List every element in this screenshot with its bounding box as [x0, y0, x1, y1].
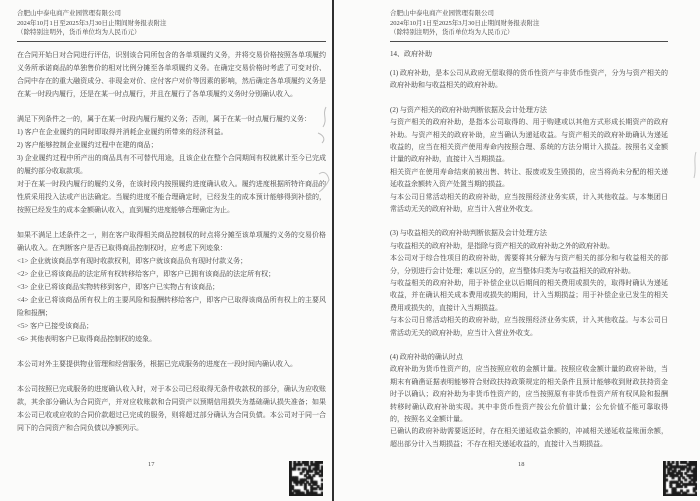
- paragraph: 1) 客户在企业履约的同时即取得并消耗企业履约所带来的经济利益。: [17, 126, 326, 139]
- paragraph: <3> 企业已将该商品实物转移到客户，即客户已实物占有该商品；: [17, 281, 326, 294]
- paragraph: (3) 与收益相关的政府补助判断依据及会计处理方法: [390, 227, 668, 239]
- paragraph: 在合同开始日对合同进行评估，识别该合同所包含的各单项履约义务，并将交易价格按照各…: [17, 49, 326, 101]
- currency-note: （除特别注明外，货币单位均为人民币元）: [17, 28, 326, 38]
- report-period: 2024年10月1日至2025年3月30日止期间财务报表附注: [17, 19, 326, 29]
- paragraph: 已确认的政府补助需要返还时，存在相关递延收益余额的，冲减相关递延收益账面余额，超…: [390, 425, 668, 450]
- paragraph: (2) 与资产相关的政府补助判断依据及会计处理方法: [390, 104, 668, 116]
- datamatrix-barcode: [663, 461, 697, 496]
- page-header: 合肥山中泰电商产业园管理有限公司 2024年10月1日至2025年3月30日止期…: [17, 9, 326, 42]
- paragraph: (1) 政府补助，是本公司从政府无偿取得的货币性资产与非货币性资产，分为与资产相…: [390, 67, 668, 92]
- paragraph: 满足下列条件之一的，属于在某一时段内履行履约义务；否则，属于在某一时点履行履约义…: [17, 113, 326, 126]
- page-number: 17: [148, 461, 155, 468]
- paragraph: 对于在某一时段内履行的履约义务，在该时段内按照履约进度确认收入。履约进度根据所特…: [17, 178, 326, 217]
- paragraph: <4> 企业已将该商品所有权上的主要风险和报酬转移给客户，即客户已取得该商品所有…: [17, 294, 326, 320]
- page-body: 在合同开始日对合同进行评估，识别该合同所包含的各单项履约义务，并将交易价格按照各…: [17, 49, 326, 435]
- paragraph: 2) 客户能够控制企业履约过程中在建的商品；: [17, 139, 326, 152]
- paragraph: <1> 企业就该商品享有现时收款权利，即客户就该商品负有现时付款义务；: [17, 255, 326, 268]
- paragraph: 本公司对于综合性项目的政府补助，需要将其分解为与资产相关的部分和与收益相关的部分…: [390, 252, 668, 277]
- paragraph: 与收益相关的政府补助，用于补偿企业以后期间的相关费用或损失的，取得时确认为递延收…: [390, 277, 668, 314]
- currency-note: （除特别注明外，货币单位均为人民币元）: [390, 28, 668, 38]
- paragraph: <2> 企业已将该商品的法定所有权转移给客户，即客户已拥有该商品的法定所有权；: [17, 268, 326, 281]
- paragraph: 政府补助为货币性资产的，应当按照应收的金额计量。按照应收金额计量的政府补助，当期…: [390, 363, 668, 425]
- document-page-right: 合肥山中泰电商产业园管理有限公司 2024年10月1日至2025年3月30日止期…: [335, 0, 700, 501]
- paragraph: 本公司对外主要提供物业管理和经营服务，根据已完成服务的进度在一段时间内确认收入。: [17, 358, 326, 371]
- page-number: 18: [518, 461, 525, 468]
- paragraph: 如果不满足上述条件之一，则在客户取得相关商品控制权的时点将分摊至该单项履约义务的…: [17, 229, 326, 255]
- company-name: 合肥山中泰电商产业园管理有限公司: [390, 9, 668, 19]
- paragraph: 本公司按照已完成服务的进度确认收入时，对于本公司已经取得无条件收款权的部分，确认…: [17, 383, 326, 435]
- paragraph: 相关资产在使用寿命结束前被出售、转让、报废或发生毁损的，应当将尚未分配的相关递延…: [390, 166, 668, 191]
- page-header: 合肥山中泰电商产业园管理有限公司 2024年10月1日至2025年3月30日止期…: [390, 9, 668, 42]
- paragraph: 与资产相关的政府补助，是指本公司取得的、用于购建或以其他方式形成长期资产的政府补…: [390, 116, 668, 166]
- report-period: 2024年10月1日至2025年3月30日止期间财务报表附注: [390, 19, 668, 29]
- page-body: (1) 政府补助，是本公司从政府无偿取得的货币性资产与非货币性资产，分为与资产相…: [390, 67, 668, 450]
- paragraph: <5> 客户已接受该商品；: [17, 320, 326, 333]
- paragraph: <6> 其他表明客户已取得商品控制权的迹象。: [17, 333, 326, 346]
- section-title: 14、政府补助: [390, 48, 668, 60]
- paragraph: 与收益相关的政府补助，是指除与资产相关的政府补助之外的政府补助。: [390, 240, 668, 252]
- paragraph: 与本公司日常活动相关的政府补助，应当按照经济业务实质，计入其他收益。与本公司日常…: [390, 314, 668, 339]
- paragraph: 与本公司日常活动相关的政府补助，应当按照经济业务实质，计入其他收益。与本集团日常…: [390, 191, 668, 216]
- scanned-document-spread: 合肥山中泰电商产业园管理有限公司 2024年10月1日至2025年3月30日止期…: [0, 0, 700, 501]
- page-divider-line: [332, 0, 334, 501]
- paragraph: 3) 企业履约过程中所产出的商品具有不可替代用途，且该企业在整个合同期间有权就累…: [17, 152, 326, 178]
- datamatrix-barcode: [289, 461, 323, 496]
- document-page-left: 合肥山中泰电商产业园管理有限公司 2024年10月1日至2025年3月30日止期…: [0, 0, 333, 501]
- company-name: 合肥山中泰电商产业园管理有限公司: [17, 9, 326, 19]
- paragraph: (4) 政府补助的确认时点: [390, 351, 668, 363]
